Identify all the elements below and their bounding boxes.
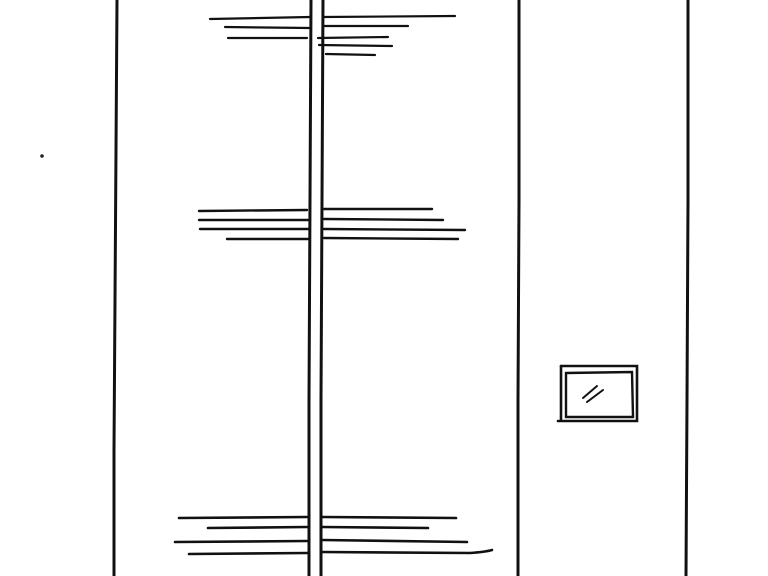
right-frame-line bbox=[686, 0, 688, 576]
center-pole bbox=[309, 0, 323, 576]
middle-frame-line bbox=[518, 0, 519, 576]
line-drawing bbox=[0, 0, 768, 576]
stroke-cluster-top bbox=[210, 16, 455, 55]
stroke-cluster-middle bbox=[199, 209, 465, 239]
stroke-cluster-bottom bbox=[175, 517, 492, 554]
framed-panel bbox=[558, 366, 637, 421]
stray-dot bbox=[40, 154, 44, 158]
left-frame-line bbox=[114, 0, 117, 576]
